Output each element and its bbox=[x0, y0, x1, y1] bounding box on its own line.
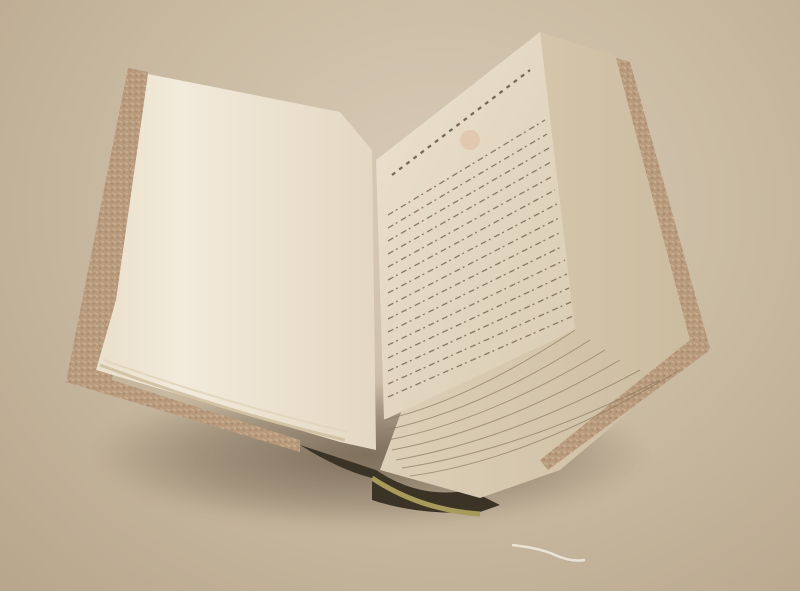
reflection bbox=[0, 0, 800, 591]
photo-scene: Open antique handwritten book resting on… bbox=[0, 0, 800, 591]
